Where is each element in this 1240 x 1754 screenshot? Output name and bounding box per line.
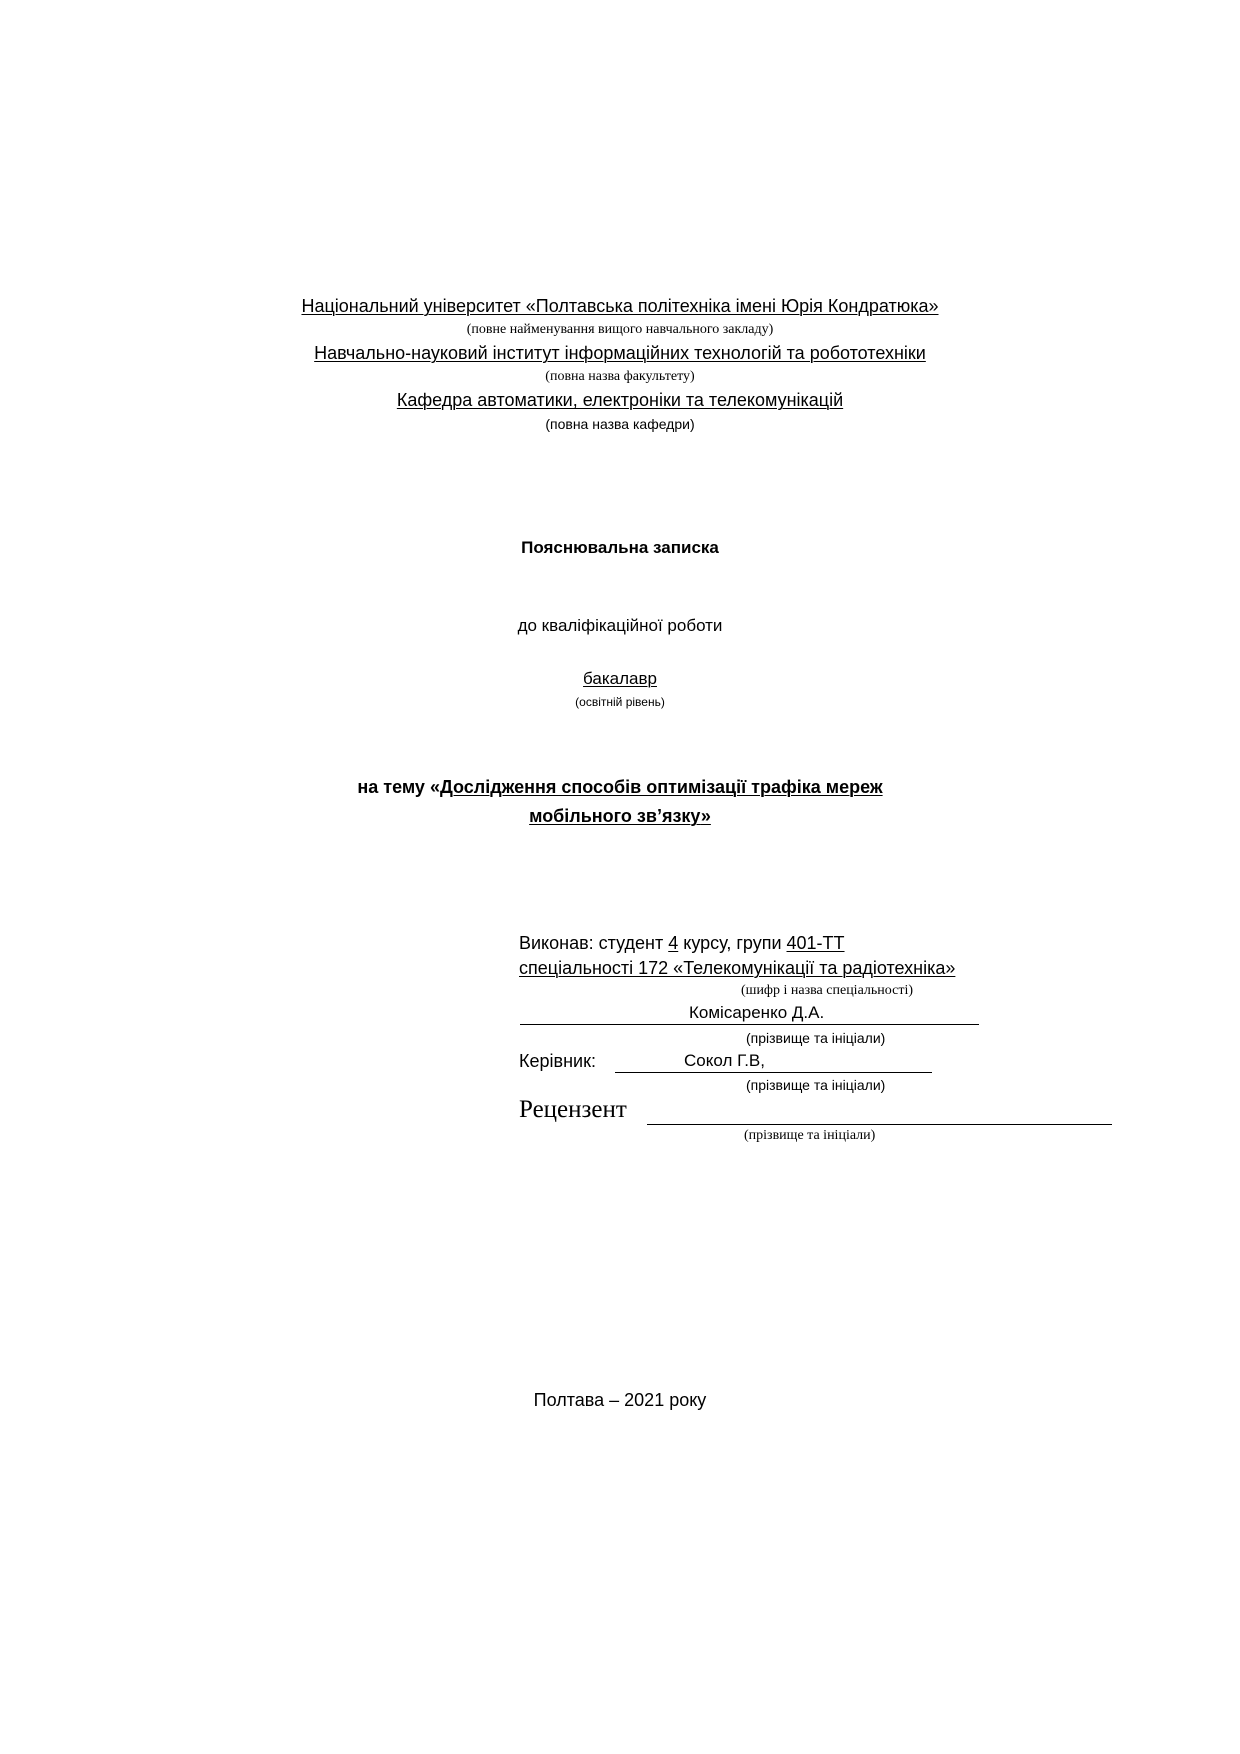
- specialty-caption: (шифр і назва спеціальності): [741, 983, 913, 999]
- student-name-caption: (прізвище та ініціали): [746, 1030, 885, 1046]
- topic-suffix: »: [701, 806, 711, 826]
- supervisor-name-underline: [615, 1072, 932, 1073]
- document-type: Пояснювальна записка: [0, 538, 1240, 558]
- specialty-line: спеціальності 172 «Телекомунікації та ра…: [519, 958, 955, 979]
- group-number: 401-ТТ: [787, 933, 845, 953]
- reviewer-caption: (прізвище та ініціали): [744, 1128, 875, 1144]
- student-name: Комісаренко Д.А.: [689, 1003, 824, 1023]
- topic-line-1: на тему «Дослідження способів оптимізаці…: [0, 777, 1240, 798]
- supervisor-name: Сокол Г.В,: [684, 1051, 765, 1071]
- department-caption: (повна назва кафедри): [0, 416, 1240, 432]
- institute-caption: (повна назва факультету): [0, 369, 1240, 385]
- place-and-year: Полтава – 2021 року: [0, 1390, 1240, 1411]
- student-prefix: Виконав: студент: [519, 933, 668, 953]
- supervisor-label: Керівник:: [519, 1051, 596, 1072]
- specialty-text: спеціальності 172 «Телекомунікації та ра…: [519, 958, 955, 978]
- education-level: бакалавр: [0, 669, 1240, 689]
- reviewer-label: Рецензент: [519, 1096, 627, 1124]
- supervisor-caption: (прізвище та ініціали): [746, 1077, 885, 1093]
- department-name-text: Кафедра автоматики, електроніки та телек…: [397, 390, 843, 410]
- education-level-text: бакалавр: [579, 669, 661, 688]
- topic-line-2: мобільного зв’язку»: [0, 806, 1240, 827]
- course-mid: курсу, групи: [678, 933, 786, 953]
- education-level-caption: (освітній рівень): [0, 695, 1240, 709]
- institute-name: Навчально-науковий інститут інформаційни…: [0, 343, 1240, 364]
- reviewer-underline: [647, 1124, 1112, 1125]
- institute-name-text: Навчально-науковий інститут інформаційни…: [314, 343, 926, 363]
- topic-text-2: мобільного зв’язку: [529, 806, 701, 826]
- student-name-underline: [520, 1024, 979, 1025]
- university-name-text: Національний університет «Полтавська пол…: [301, 296, 938, 316]
- department-name: Кафедра автоматики, електроніки та телек…: [0, 390, 1240, 411]
- topic-text-2-wrap: мобільного зв’язку»: [529, 806, 711, 826]
- university-name: Національний університет «Полтавська пол…: [0, 296, 1240, 317]
- topic-text-1: Дослідження способів оптимізації трафіка…: [440, 777, 883, 797]
- student-line: Виконав: студент 4 курсу, групи 401-ТТ: [519, 933, 845, 954]
- course-number: 4: [668, 933, 678, 953]
- university-caption: (повне найменування вищого навчального з…: [0, 322, 1240, 338]
- document-subtitle: до кваліфікаційної роботи: [0, 616, 1240, 636]
- topic-prefix: на тему «: [357, 777, 440, 797]
